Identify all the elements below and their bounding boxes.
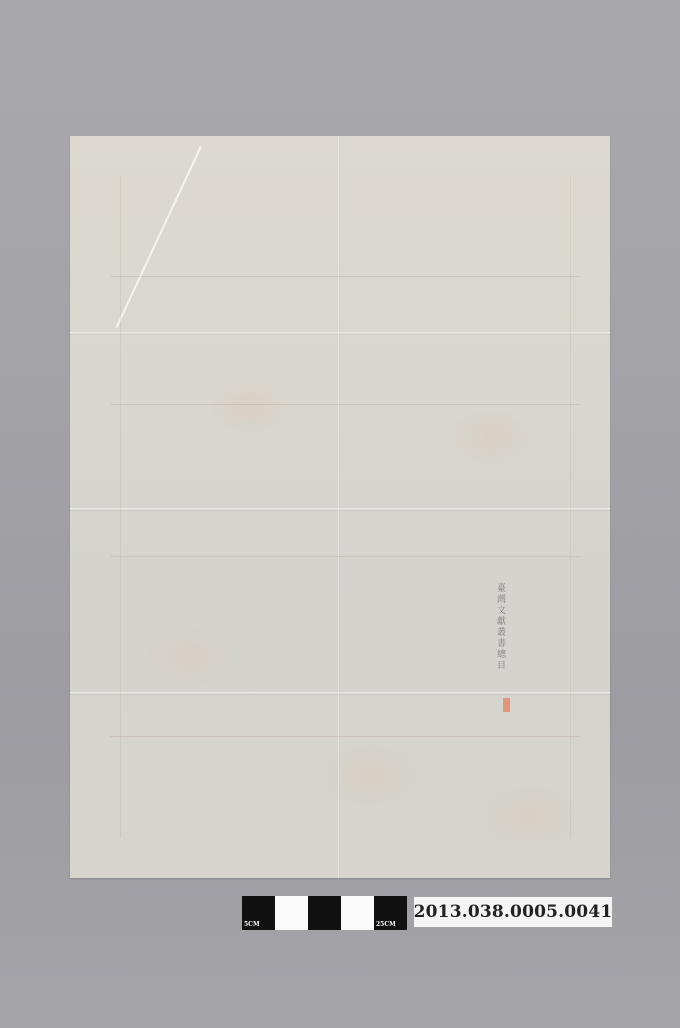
scale-end-label: 25CM [376, 921, 396, 928]
scale-segment [275, 896, 308, 930]
archival-document: 臺灣文獻叢書總目 [70, 136, 610, 878]
ruled-line [570, 176, 571, 838]
scale-bar: 5CM 25CM [242, 896, 407, 930]
red-seal-stamp [503, 698, 510, 712]
ruled-line [110, 404, 580, 405]
scale-segment [308, 896, 341, 930]
ruled-line [110, 276, 580, 277]
scale-segment: 25CM [374, 896, 407, 930]
accession-number-label: 2013.038.0005.0041 [414, 897, 612, 927]
fold-line [338, 136, 340, 878]
fold-line [70, 692, 610, 695]
ruled-line [110, 556, 580, 557]
ruled-line [110, 736, 580, 737]
paper-crease [115, 146, 201, 328]
ruled-line [120, 176, 121, 838]
scale-segment: 5CM [242, 896, 275, 930]
fold-line [70, 332, 610, 335]
fold-line [70, 508, 610, 511]
scale-segment [341, 896, 374, 930]
handwritten-inscription: 臺灣文獻叢書總目 [497, 584, 507, 672]
scale-start-label: 5CM [244, 921, 260, 928]
